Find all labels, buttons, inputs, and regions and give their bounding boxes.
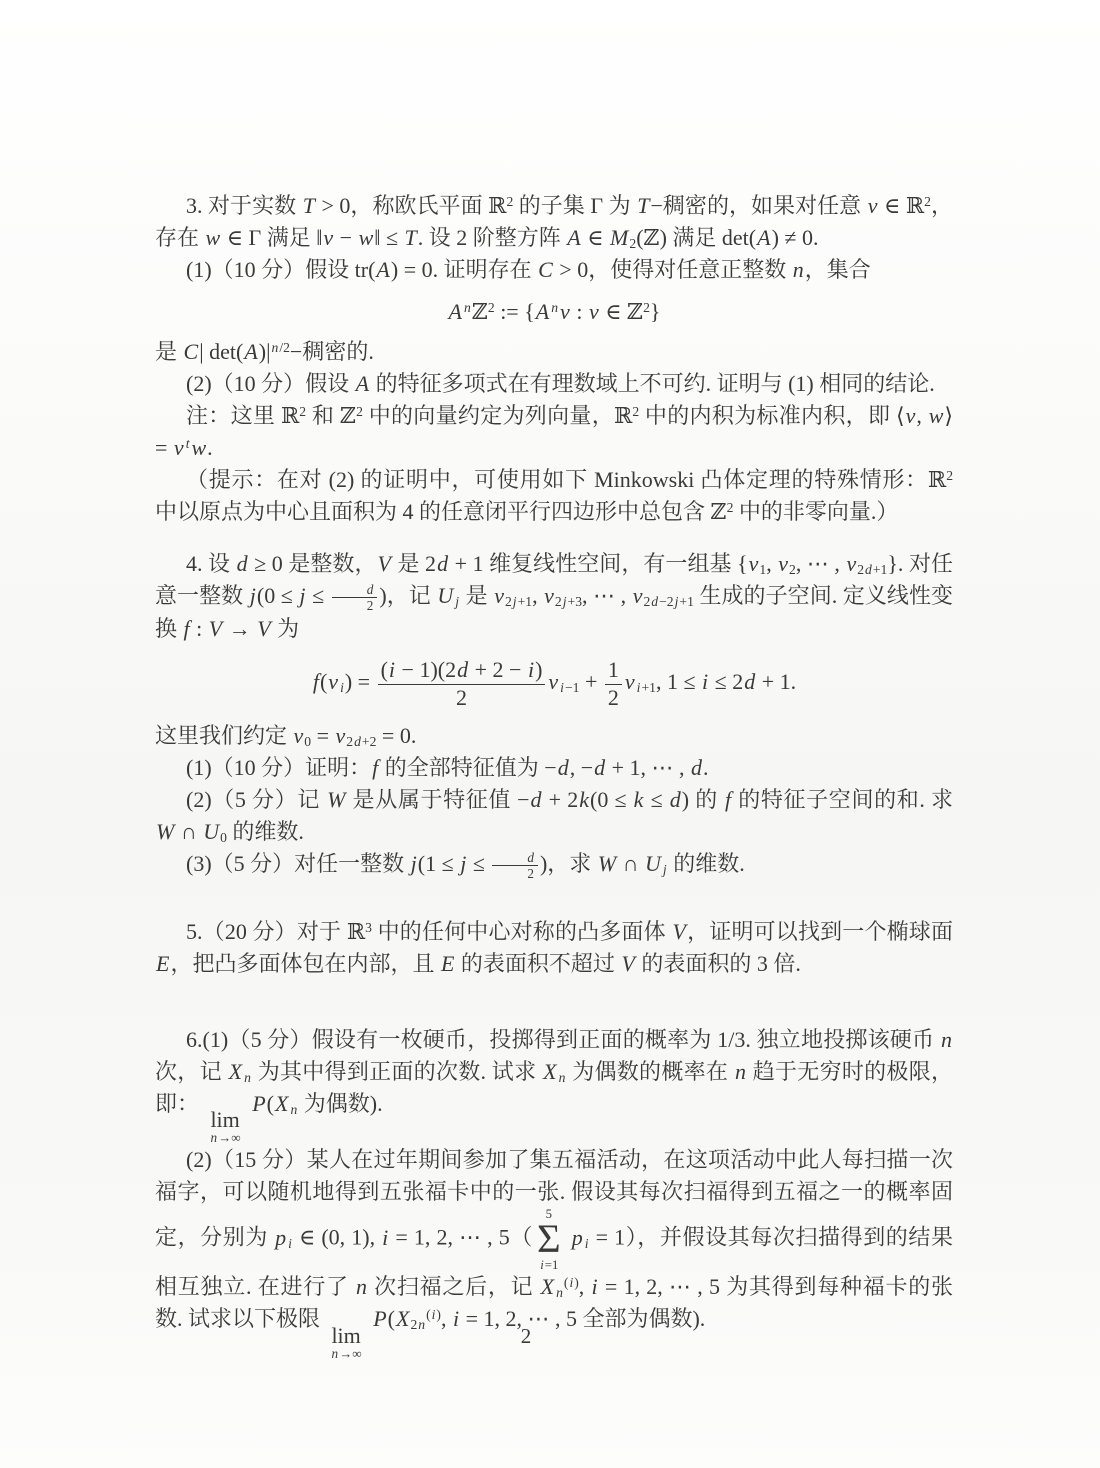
problem-3: 3. 对于实数 T > 0，称欧氏平面 ℝ2 的子集 Γ 为 T−稠密的，如果对… <box>155 190 953 528</box>
problem-3-note: 注：这里 ℝ2 和 ℤ2 中的向量约定为列向量，ℝ2 中的内积为标准内积，即 ⟨… <box>155 400 953 464</box>
problem-6-part-2: (2)（15 分）某人在过年期间参加了集五福活动，在这项活动中此人每扫描一次福字… <box>155 1144 953 1360</box>
problem-4-part-1: (1)（10 分）证明：f 的全部特征值为 −d, −d + 1, ⋯ , d. <box>155 752 953 784</box>
problem-4-part-3: (3)（5 分）对任一整数 j(1 ≤ j ≤ d2)，求 W ∩ Uj 的维数… <box>155 848 953 882</box>
problem-4-intro: 4. 设 d ≥ 0 是整数，V 是 2d + 1 维复线性空间，有一组基 {v… <box>155 548 953 646</box>
problem-3-part-1: (1)（10 分）假设 tr(A) = 0. 证明存在 C > 0，使得对任意正… <box>155 254 953 286</box>
problem-5-statement: 5.（20 分）对于 ℝ3 中的任何中心对称的凸多面体 V，证明可以找到一个椭球… <box>155 916 953 980</box>
problem-4-part-2: (2)（5 分）记 W 是从属于特征值 −d + 2k(0 ≤ k ≤ d) 的… <box>155 784 953 848</box>
problem-4: 4. 设 d ≥ 0 是整数，V 是 2d + 1 维复线性空间，有一组基 {v… <box>155 548 953 882</box>
problem-3-after-equation: 是 C| det(A)|n/2−稠密的. <box>155 336 953 368</box>
problem-5: 5.（20 分）对于 ℝ3 中的任何中心对称的凸多面体 V，证明可以找到一个椭球… <box>155 916 953 980</box>
problem-6-part-1: 6.(1)（5 分）假设有一枚硬币，投掷得到正面的概率为 1/3. 独立地投掷该… <box>155 1024 953 1145</box>
problem-3-hint: （提示：在对 (2) 的证明中，可使用如下 Minkowski 凸体定理的特殊情… <box>155 464 953 528</box>
problem-3-display-equation: Anℤ2 := {Anv : v ∈ ℤ2} <box>155 298 953 327</box>
problem-4-convention: 这里我们约定 v0 = v2d+2 = 0. <box>155 720 953 752</box>
problem-3-intro: 3. 对于实数 T > 0，称欧氏平面 ℝ2 的子集 Γ 为 T−稠密的，如果对… <box>155 190 953 254</box>
exam-content: 3. 对于实数 T > 0，称欧氏平面 ℝ2 的子集 Γ 为 T−稠密的，如果对… <box>155 190 953 1360</box>
problem-3-part-2: (2)（10 分）假设 A 的特征多项式在有理数域上不可约. 证明与 (1) 相… <box>155 368 953 400</box>
problem-6: 6.(1)（5 分）假设有一枚硬币，投掷得到正面的概率为 1/3. 独立地投掷该… <box>155 1024 953 1360</box>
exam-page: 3. 对于实数 T > 0，称欧氏平面 ℝ2 的子集 Γ 为 T−稠密的，如果对… <box>0 0 1100 1468</box>
problem-4-display-equation: f(vi) = (i − 1)(2d + 2 − i)2vi−1 + 12vi+… <box>155 657 953 711</box>
page-number: 2 <box>506 1324 546 1349</box>
